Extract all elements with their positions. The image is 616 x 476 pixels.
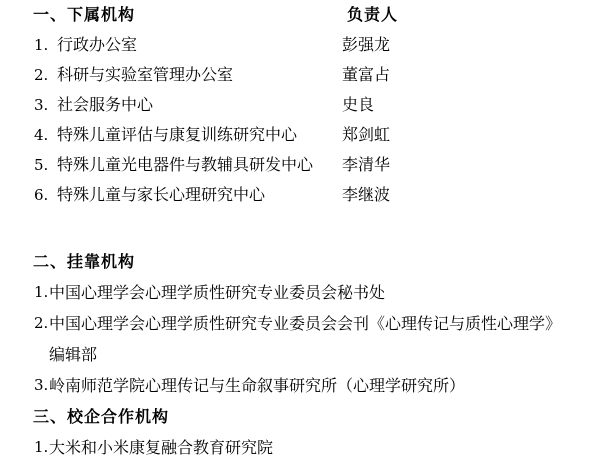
leader-name: 史良 [342, 90, 374, 120]
list-item: 3. 社会服务中心 史良 [0, 90, 616, 120]
item-number: 2. [34, 308, 48, 339]
list-item: 2. 中国心理学会心理学质性研究专业委员会会刊《心理传记与质性心理学》 [0, 308, 616, 339]
leader-name: 董富占 [342, 60, 390, 90]
section-affiliated-institutions: 二、挂靠机构 1. 中国心理学会心理学质性研究专业委员会秘书处 2. 中国心理学… [0, 246, 616, 463]
list-item: 1. 中国心理学会心理学质性研究专业委员会秘书处 [0, 277, 616, 308]
list-item-continuation: 编辑部 [0, 339, 616, 370]
list-item: 4. 特殊儿童评估与康复训练研究中心 郑剑虹 [0, 120, 616, 150]
item-number: 2. [34, 60, 48, 90]
item-number: 5. [34, 150, 48, 180]
org-name: 中国心理学会心理学质性研究专业委员会会刊《心理传记与质性心理学》 [49, 308, 561, 339]
list-item: 1. 大米和小米康复融合教育研究院 [0, 432, 616, 463]
item-number: 3. [34, 370, 48, 401]
list-item: 1. 行政办公室 彭强龙 [0, 30, 616, 60]
section-heading: 二、挂靠机构 [33, 246, 135, 277]
list-item: 3. 岭南师范学院心理传记与生命叙事研究所（心理学研究所） [0, 370, 616, 401]
item-number: 1. [34, 30, 48, 60]
list-item: 5. 特殊儿童光电器件与教辅具研发中心 李清华 [0, 150, 616, 180]
org-name: 岭南师范学院心理传记与生命叙事研究所（心理学研究所） [49, 370, 465, 401]
item-number: 1. [34, 432, 48, 463]
item-number: 1. [34, 277, 48, 308]
org-name: 科研与实验室管理办公室 [57, 60, 233, 90]
leader-column-header: 负责人 [347, 0, 398, 30]
leader-name: 郑剑虹 [342, 120, 390, 150]
org-name: 大米和小米康复融合教育研究院 [49, 432, 273, 463]
org-name: 行政办公室 [57, 30, 137, 60]
org-name: 中国心理学会心理学质性研究专业委员会秘书处 [49, 277, 385, 308]
section-heading: 一、下属机构 [33, 0, 135, 30]
org-name: 特殊儿童评估与康复训练研究中心 [57, 120, 297, 150]
document-page: 一、下属机构 负责人 1. 行政办公室 彭强龙 2. 科研与实验室管理办公室 董… [0, 0, 616, 476]
leader-name: 李继波 [342, 180, 390, 210]
list-item: 6. 特殊儿童与家长心理研究中心 李继波 [0, 180, 616, 210]
org-name: 社会服务中心 [57, 90, 153, 120]
section-subordinate-institutions: 一、下属机构 负责人 1. 行政办公室 彭强龙 2. 科研与实验室管理办公室 董… [0, 0, 616, 210]
section-heading-row: 一、下属机构 负责人 [0, 0, 616, 30]
item-number: 3. [34, 90, 48, 120]
leader-name: 彭强龙 [342, 30, 390, 60]
item-number: 6. [34, 180, 48, 210]
org-name: 特殊儿童光电器件与教辅具研发中心 [57, 150, 313, 180]
section-heading: 三、校企合作机构 [33, 401, 169, 432]
list-item: 2. 科研与实验室管理办公室 董富占 [0, 60, 616, 90]
section-heading-row: 三、校企合作机构 [0, 401, 616, 432]
section-heading-row: 二、挂靠机构 [0, 246, 616, 277]
org-name: 特殊儿童与家长心理研究中心 [57, 180, 265, 210]
leader-name: 李清华 [342, 150, 390, 180]
item-number: 4. [34, 120, 48, 150]
org-name-continuation: 编辑部 [49, 339, 97, 370]
